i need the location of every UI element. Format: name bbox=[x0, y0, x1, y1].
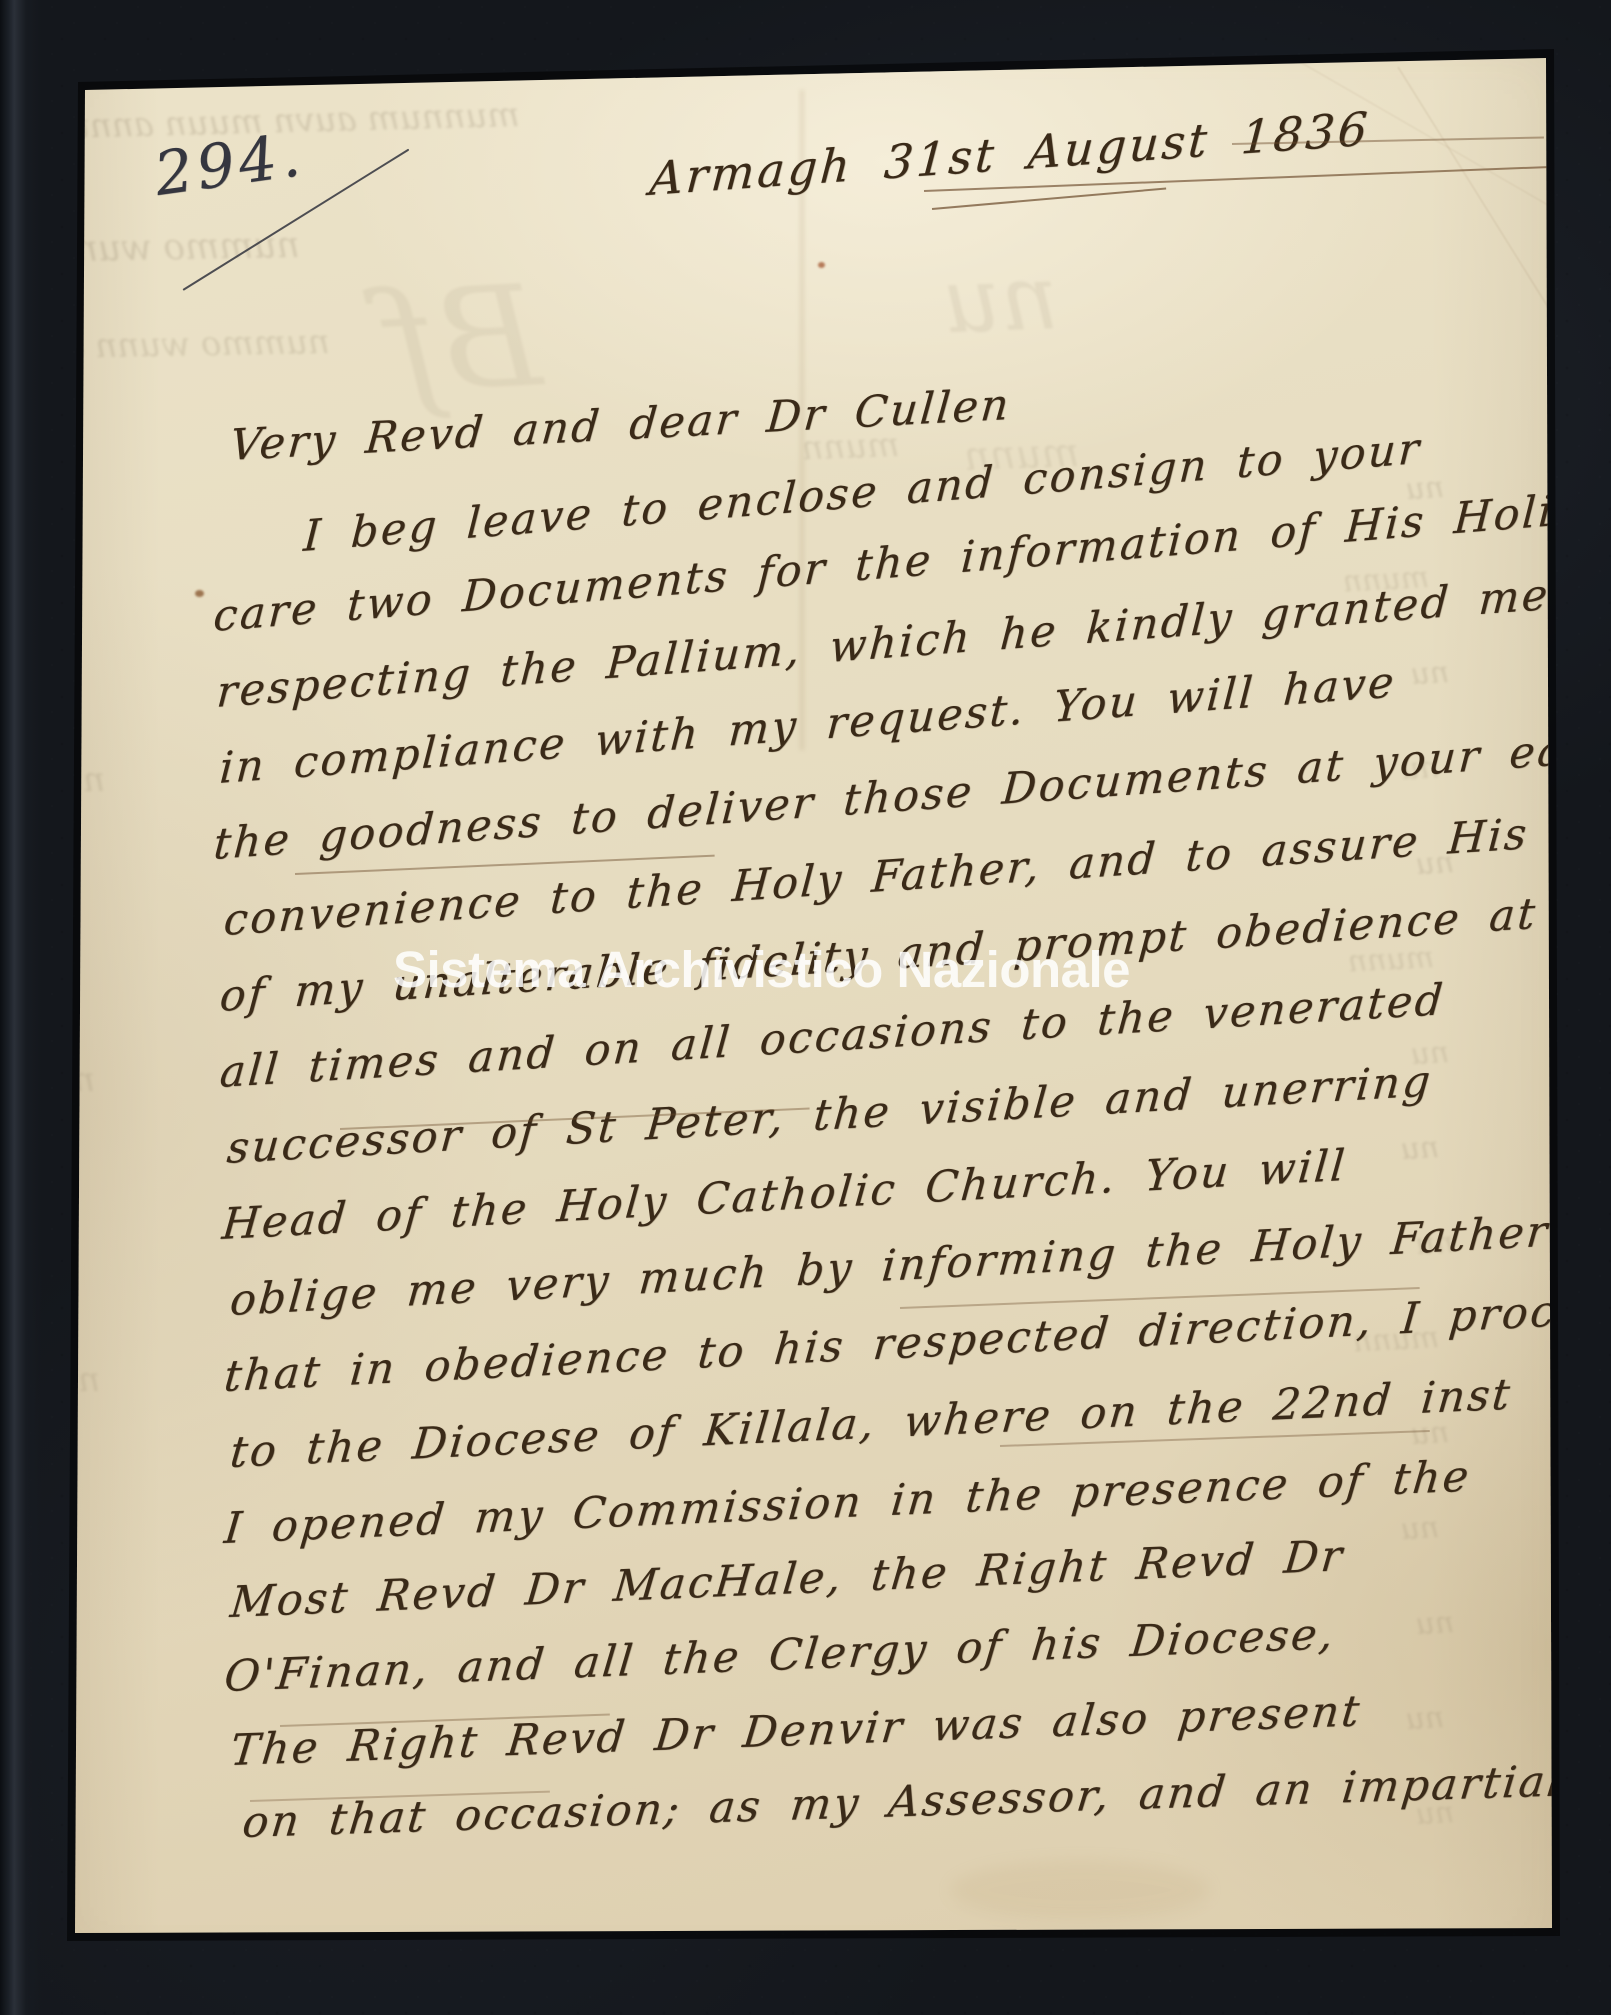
letter-paper: munnum auvn muun annum nounummo wunn amn… bbox=[0, 0, 1611, 2015]
archive-watermark: Sistema Archivistico Nazionale bbox=[393, 940, 1130, 999]
paper-stain bbox=[818, 262, 825, 268]
book-spine bbox=[0, 0, 42, 2015]
paper-stain bbox=[195, 590, 204, 597]
paper-stain bbox=[950, 1860, 1210, 1920]
letter-scan-page: munnum auvn muun annum nounummo wunn amn… bbox=[0, 0, 1611, 2015]
